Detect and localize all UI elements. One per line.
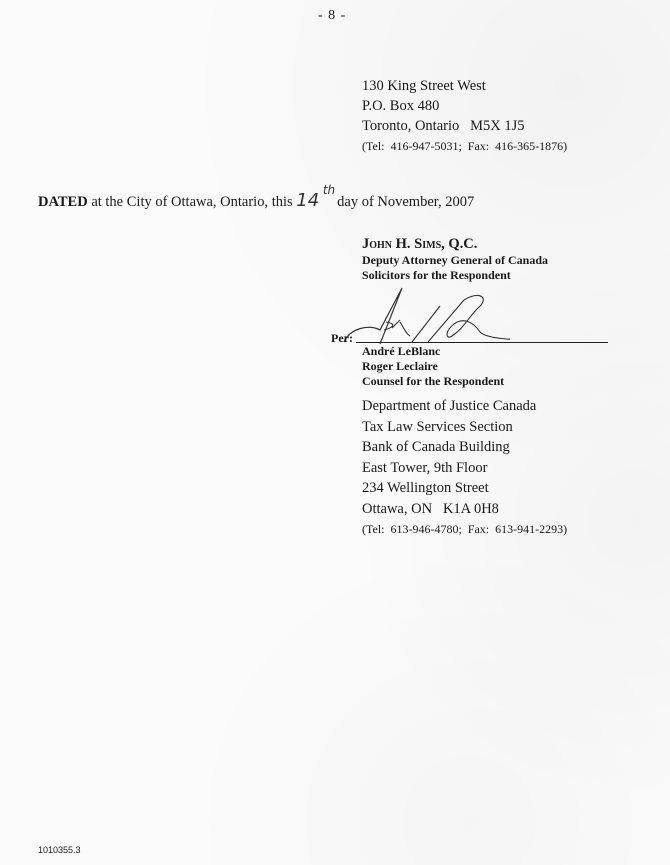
firm-address-line: P.O. Box 480: [362, 96, 567, 116]
firm-phone-fax: (Tel: 416-947-5031; Fax: 416-365-1876): [362, 136, 567, 156]
firm-address: 130 King Street West P.O. Box 480 Toront…: [362, 76, 567, 156]
counsel-block: John H. Sims, Q.C. Deputy Attorney Gener…: [362, 236, 548, 283]
department-address: Department of Justice Canada Tax Law Ser…: [362, 396, 567, 540]
per-label: Per:: [331, 331, 353, 346]
page-number: - 8 -: [318, 8, 346, 24]
counsel-title: Deputy Attorney General of Canada: [362, 253, 548, 268]
firm-address-line: Toronto, Ontario M5X 1J5: [362, 116, 567, 136]
handwritten-day: 14: [296, 190, 319, 211]
dated-label: DATED: [38, 194, 88, 210]
document-id: 1010355.3: [38, 845, 81, 855]
paper-texture: [0, 0, 670, 865]
counsel-role: Solicitors for the Respondent: [362, 268, 548, 283]
signers-block: André LeBlanc Roger Leclaire Counsel for…: [362, 344, 504, 389]
counsel-name: John H. Sims, Q.C.: [362, 236, 548, 253]
signer-role: Counsel for the Respondent: [362, 374, 504, 389]
department-address-line: East Tower, 9th Floor: [362, 458, 567, 479]
signature-image: [340, 284, 510, 348]
dated-text-after: day of November, 2007: [337, 194, 474, 210]
department-phone-fax: (Tel: 613-946-4780; Fax: 613-941-2293): [362, 519, 567, 540]
dated-text-before: at the City of Ottawa, Ontario, this: [88, 194, 297, 210]
firm-address-line: 130 King Street West: [362, 76, 567, 96]
department-address-line: Tax Law Services Section: [362, 417, 567, 438]
signer-name: Roger Leclaire: [362, 359, 504, 374]
handwritten-day-suffix: th: [323, 183, 335, 197]
dated-line: DATED at the City of Ottawa, Ontario, th…: [38, 190, 474, 211]
department-address-line: Department of Justice Canada: [362, 396, 567, 417]
department-address-line: 234 Wellington Street: [362, 478, 567, 499]
department-address-line: Bank of Canada Building: [362, 437, 567, 458]
signature-line: [356, 342, 608, 343]
department-address-line: Ottawa, ON K1A 0H8: [362, 499, 567, 520]
signer-name: André LeBlanc: [362, 344, 504, 359]
